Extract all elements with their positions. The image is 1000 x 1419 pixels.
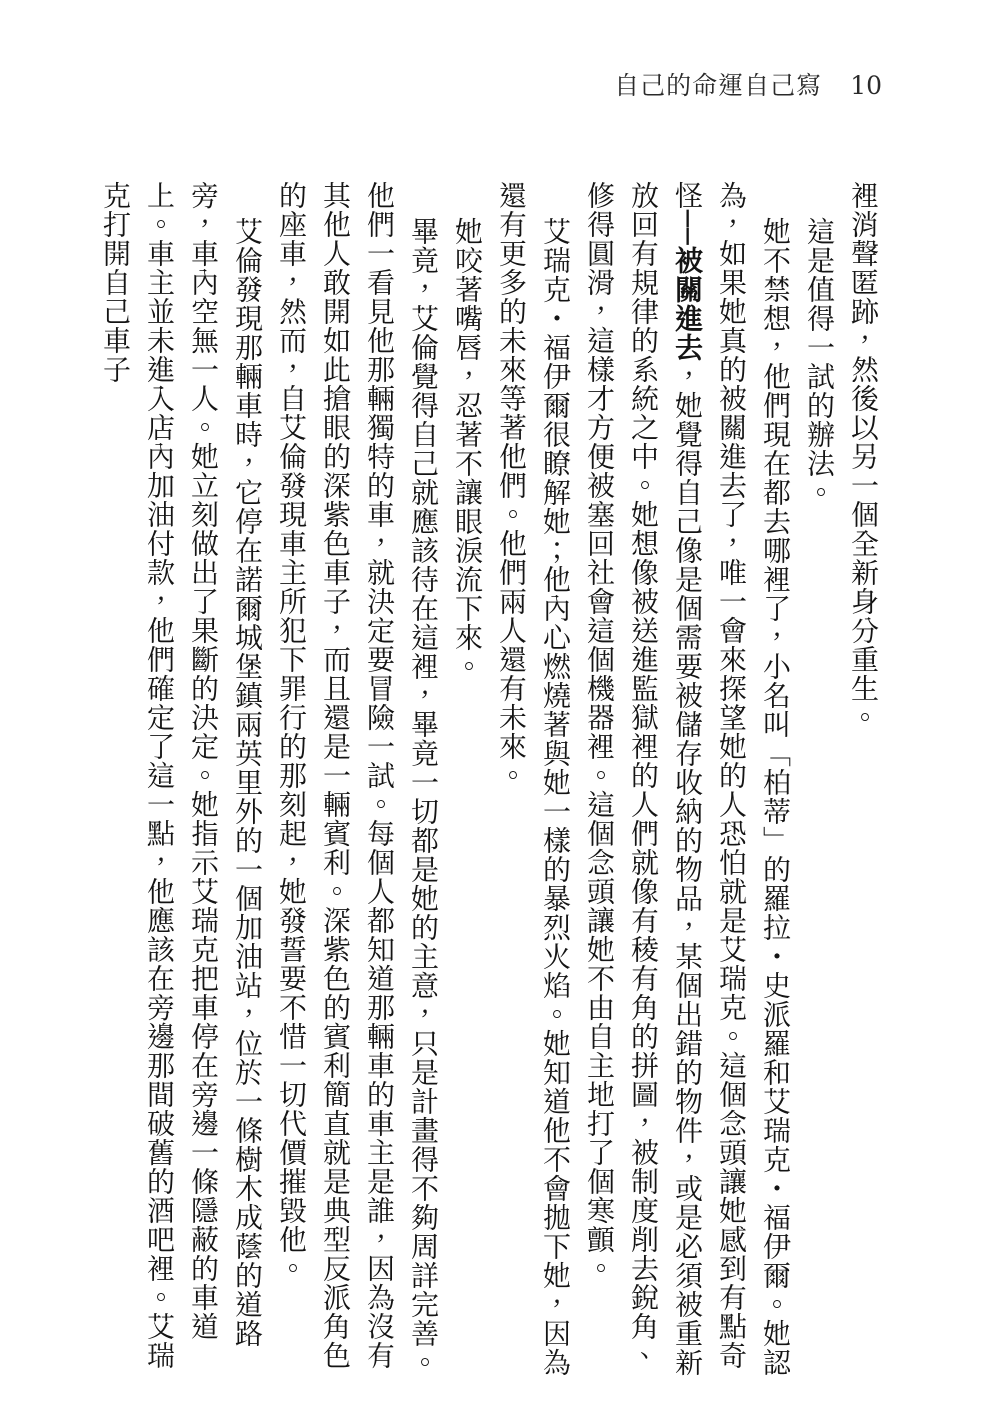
paragraph-text: 這是值得一試的辦法。 <box>803 217 836 507</box>
paragraph: 畢竟，艾倫覺得自己就應該待在這裡，畢竟一切都是她的主意，只是計畫得不夠周詳完善。… <box>269 181 445 1387</box>
paragraph-text: 畢竟，艾倫覺得自己就應該待在這裡，畢竟一切都是她的主意，只是計畫得不夠周詳完善。… <box>275 181 440 1377</box>
paragraph: 這是值得一試的辦法。 <box>797 181 841 1387</box>
paragraph: 艾瑞克・福伊爾很瞭解她；他內心燃燒著與她一樣的暴烈火焰。她知道他不會拋下她，因為… <box>489 181 577 1387</box>
page-number: 10 <box>850 71 882 100</box>
paragraph-text: 艾倫發現那輛車時，它停在諾爾城堡鎮兩英里外的一個加油站，位於一條樹木成蔭的道路旁… <box>99 181 264 1370</box>
paragraph-text: 裡消聲匿跡，然後以另一個全新身分重生。 <box>847 181 880 732</box>
paragraph: 艾倫發現那輛車時，它停在諾爾城堡鎮兩英里外的一個加油站，位於一條樹木成蔭的道路旁… <box>93 181 269 1387</box>
paragraph: 她不禁想，他們現在都去哪裡了，小名叫「柏蒂」的羅拉・史派羅和艾瑞克・福伊爾。她認… <box>577 181 797 1387</box>
paragraph: 裡消聲匿跡，然後以另一個全新身分重生。 <box>841 181 885 1387</box>
emphasis-text: 被關進去 <box>671 246 704 362</box>
book-title: 自己的命運自己寫 <box>614 71 822 100</box>
paragraph-text: 她咬著嘴唇，忍著不讓眼淚流下來。 <box>451 217 484 681</box>
paragraph: 她咬著嘴唇，忍著不讓眼淚流下來。 <box>445 181 489 1387</box>
running-head: 自己的命運自己寫10 <box>614 66 882 102</box>
book-page: 自己的命運自己寫10 裡消聲匿跡，然後以另一個全新身分重生。這是值得一試的辦法。… <box>0 0 1000 1419</box>
paragraph-text: 艾瑞克・福伊爾很瞭解她；他內心燃燒著與她一樣的暴烈火焰。她知道他不會拋下她，因為… <box>495 181 572 1377</box>
page-body: 裡消聲匿跡，然後以另一個全新身分重生。這是值得一試的辦法。她不禁想，他們現在都去… <box>93 181 885 1387</box>
